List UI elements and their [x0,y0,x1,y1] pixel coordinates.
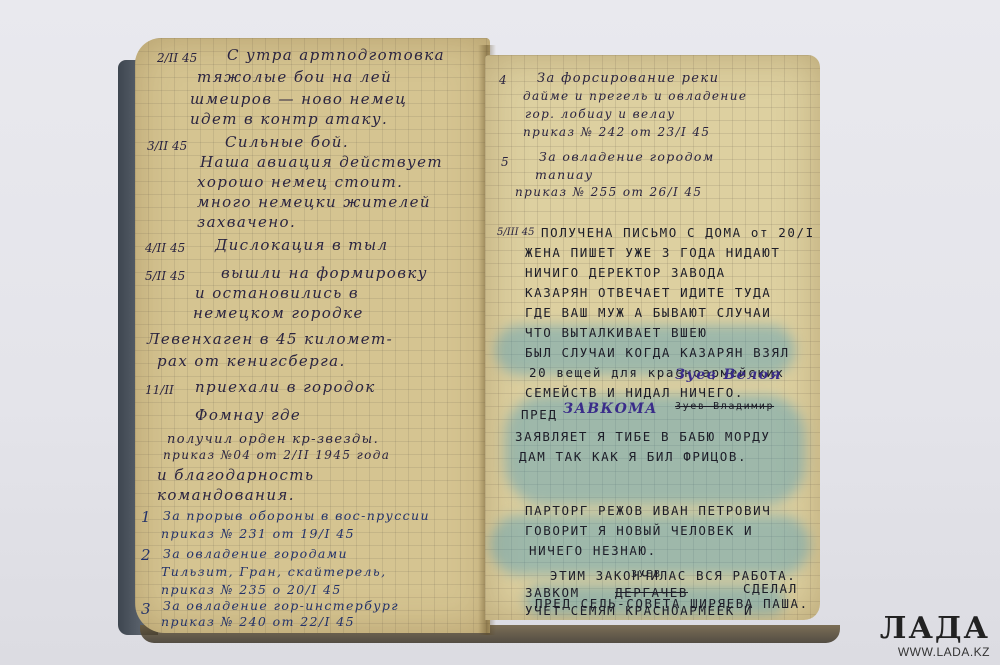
award-line: гор. лобиау и велау [525,107,675,121]
entry-line: вышли на формировку [221,264,428,282]
struck-name: Зуев Владимир [675,401,774,412]
entry-line: много немецки жителей [197,193,431,211]
watermark: ЛАДА WWW.LADA.KZ [880,613,990,659]
left-page: 2/II 45 С утра артподготовка тяжолые бои… [135,38,490,633]
award-line: За овладение гор-инстербург [163,598,399,613]
letter-line: СЕМЕЙСТВ И НИДАЛ НИЧЕГО. [525,385,744,400]
entry-line: получил орден кр-звезды. [167,432,379,447]
entry-line: идет в контр атаку. [190,110,388,128]
award-number: 2 [141,546,152,564]
zavkom-line: ЗАЯВЛЯЕТ Я ТИБЕ В БАБЮ МОРДУ [515,429,771,444]
entry-date: 5/III 45 [497,227,535,238]
entry-line: и благодарность [157,466,314,484]
letter-line: БЫЛ СЛУЧАИ КОГДА КАЗАРЯН ВЗЯЛ [525,345,790,360]
entry-line: приехали в городок [195,378,376,396]
letter-line: ЖЕНА ПИШЕТ УЖЕ 3 ГОДА НИДАЮТ [525,245,781,260]
award-line: За прорыв обороны в вос-пруссии [163,508,430,523]
entry-date: 4/II 45 [145,238,185,256]
entry-date: 3/II 45 [147,136,187,154]
award-line: приказ № 242 от 23/I 45 [523,125,710,139]
award-line: Тильзит, Гран, скайтерель, [161,564,387,579]
award-line: приказ № 255 от 26/I 45 [515,185,702,199]
entry-line: Левенхаген в 45 километ- [147,330,393,348]
award-line: За овладение городом [539,149,715,164]
entry-line: и остановились в [195,284,359,302]
final-line-end: СДЕЛАЛ [743,581,798,596]
award-line: За форсирование реки [537,71,719,86]
award-number: 4 [499,73,508,87]
entry-date: 11/II [145,380,174,398]
entry-line: Сильные бой. [225,133,349,151]
entry-line: хорошо немец стоит. [197,173,403,191]
entry-line: шмеиров — ново немец [190,90,407,108]
entry-line: Фомнау где [195,406,301,424]
entry-date: 5/II 45 [145,266,185,284]
partorg-line: НИЧЕГО НЕЗНАЮ. [529,543,657,558]
award-line: приказ № 240 от 22/I 45 [161,614,355,629]
award-number: 1 [141,508,152,526]
entry-line: Дислокация в тыл [215,236,388,254]
final-line: ЭТИМ ЗАКОНЧИЛАС ВСЯ РАБОТА. [550,568,796,583]
watermark-logo: ЛАДА [880,613,990,645]
name-correction: Зуев Велоя [675,367,782,383]
letter-line: ЧТО ВЫТАЛКИВАЕТ ВШЕЮ [525,325,708,340]
award-line: приказ № 235 о 20/I 45 [161,582,342,597]
zavkom-overwrite: ЗАВКОМА [563,401,658,417]
award-number: 3 [141,600,152,618]
signature-line: ПРЕД СЕЛЬ-СОВЕТА ШИРЯЕВА ПАША. [535,596,809,611]
entry-date: 2/II 45 [157,48,197,66]
right-page: 4 За форсирование реки дайме и прегель и… [485,55,820,620]
entry-line: командования. [157,486,295,504]
letter-line: КАЗАРЯН ОТВЕЧАЕТ ИДИТЕ ТУДА [525,285,771,300]
entry-line: захвачено. [197,213,296,231]
partorg-line: ГОВОРИТ Я НОВЫЙ ЧЕЛОВЕК И [525,523,753,538]
entry-line: приказ №04 от 2/II 1945 года [163,448,390,462]
award-line: дайме и прегель и овладение [523,89,747,103]
watermark-url: WWW.LADA.KZ [880,645,990,659]
zavkom-line: ДАМ ТАК КАК Я БИЛ ФРИЦОВ. [519,449,747,464]
award-line: За овладение городами [163,546,348,561]
entry-line: Наша авиация действует [200,153,443,171]
entry-line: немецком городке [193,304,364,322]
letter-line: НИЧИГО ДЕРЕКТОР ЗАВОДА [525,265,726,280]
letter-line: ПОЛУЧЕНА ПИСЬМО С ДОМА от 20/I 55 [541,225,820,240]
notebook-photo: 2/II 45 С утра артподготовка тяжолые бои… [0,0,1000,665]
letter-line: ГДЕ ВАШ МУЖ А БЫВАЮТ СЛУЧАИ [525,305,771,320]
award-line: приказ № 231 от 19/I 45 [161,526,355,541]
award-number: 5 [501,155,510,169]
zavkom-prefix: ПРЕД [521,407,558,422]
award-line: тапиау [535,167,594,182]
partorg-line: ПАРТОРГ РЕЖОВ ИВАН ПЕТРОВИЧ [525,503,771,518]
entry-line: С утра артподготовка [227,46,445,64]
entry-line: рах от кенигсберга. [157,352,346,370]
entry-line: тяжолые бои на лей [197,68,392,86]
